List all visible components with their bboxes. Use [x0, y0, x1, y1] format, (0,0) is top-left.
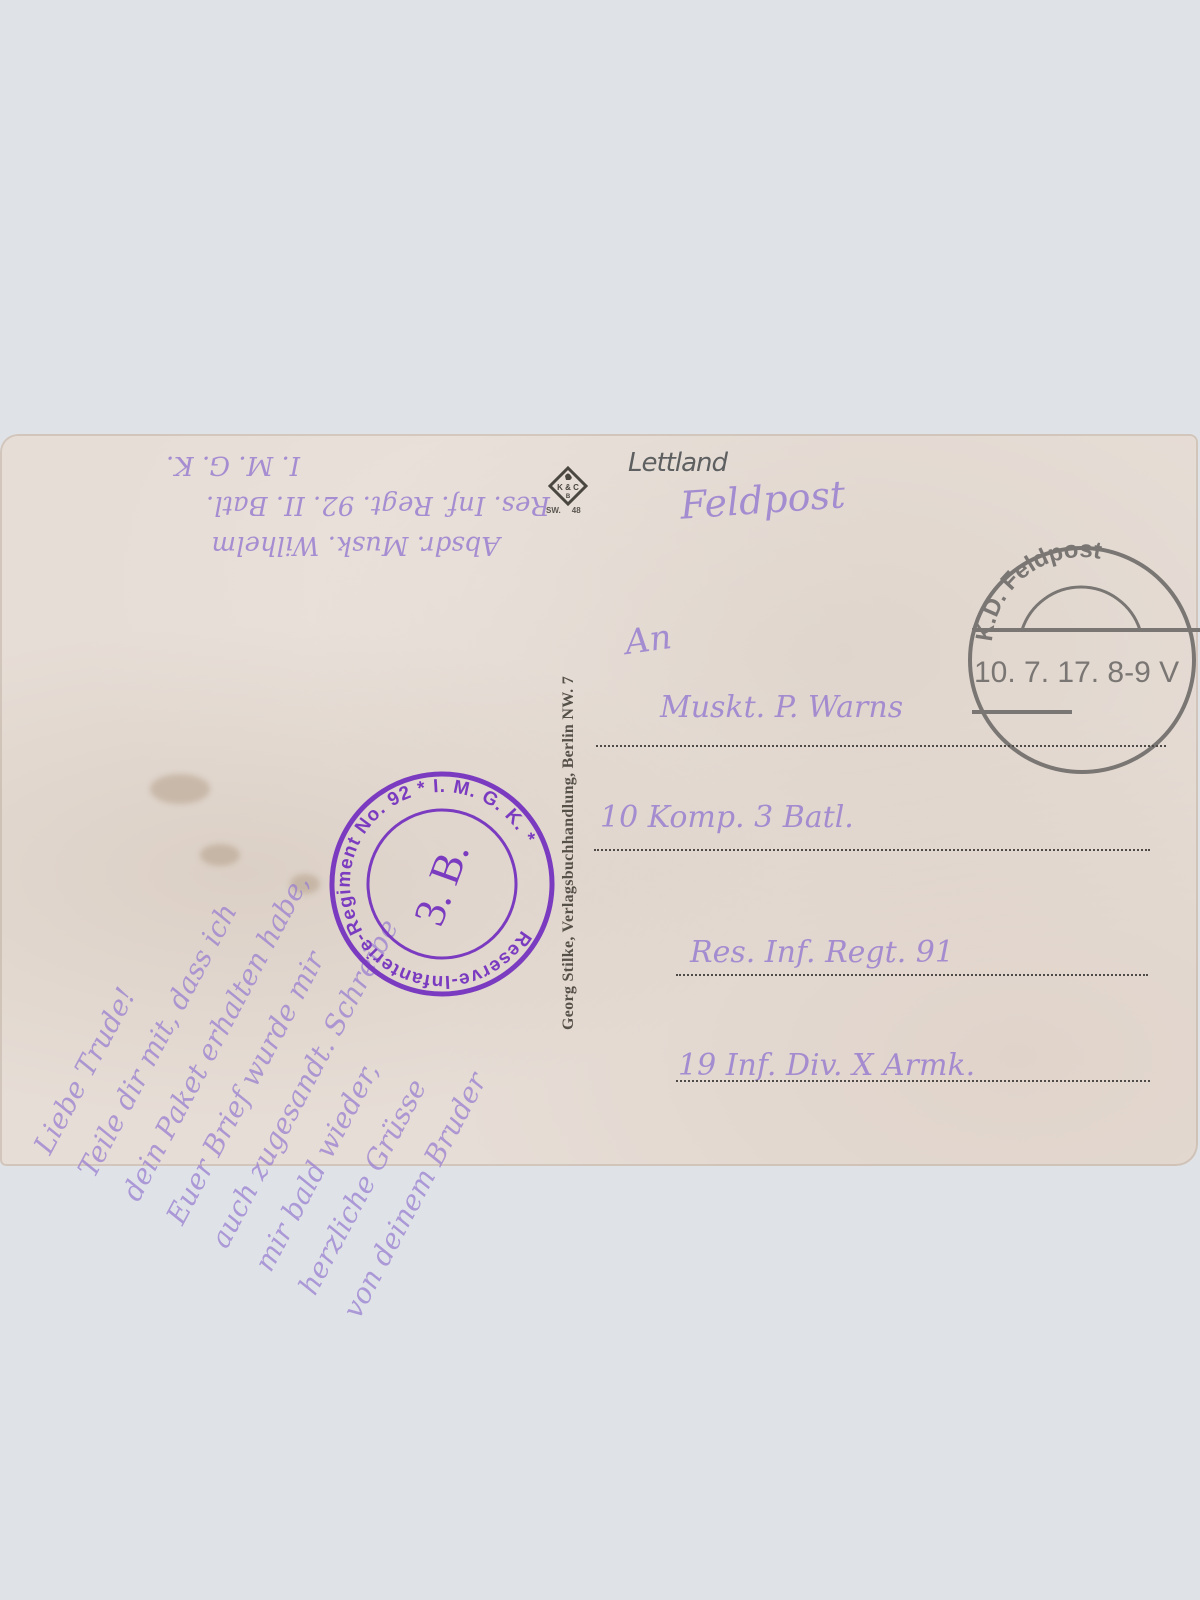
sender-line: Res. Inf. Regt. 92. II. Batl.	[206, 490, 550, 520]
svg-text:K & C: K & C	[557, 483, 579, 492]
address-rule	[596, 745, 1166, 747]
feldpost-postmark: K.D. Feldpost 10. 7. 17. 8-9 V	[962, 540, 1200, 780]
address-rule	[594, 849, 1150, 851]
address-line-1: Muskt. P. Warns	[660, 690, 903, 725]
unit-stamp-center-text: 3. B.	[404, 836, 479, 932]
svg-text:B: B	[566, 494, 571, 500]
address-rule	[676, 974, 1148, 976]
postmark-top-text: K.D. Feldpost	[971, 540, 1104, 643]
address-line-3: Res. Inf. Regt. 91	[690, 935, 954, 970]
rooster-diamond-logo-icon: K & C B	[548, 466, 588, 506]
address-salutation: An	[622, 617, 674, 663]
unit-stamp: Reserve-Infanterie-Regiment No. 92 * I. …	[326, 768, 558, 1000]
address-line-4: 19 Inf. Div. X Armk.	[678, 1048, 975, 1083]
publisher-imprint: Georg Stilke, Verlagsbuchhandlung, Berli…	[560, 676, 578, 1030]
pencil-note: Lettland	[628, 448, 727, 478]
logo-caption: SW. 48	[546, 506, 581, 515]
sender-line: Absdr. Musk. Wilhelm	[211, 530, 500, 560]
postmark-date: 10. 7. 17. 8-9 V	[974, 656, 1179, 689]
svg-text:K.D. Feldpost: K.D. Feldpost	[971, 540, 1104, 643]
sender-line: I. M. G. K.	[166, 450, 300, 480]
sender-block: Absdr. Musk. Wilhelm Res. Inf. Regt. 92.…	[40, 440, 560, 570]
address-rule	[676, 1080, 1150, 1082]
address-line-2: 10 Komp. 3 Batl.	[600, 800, 854, 835]
